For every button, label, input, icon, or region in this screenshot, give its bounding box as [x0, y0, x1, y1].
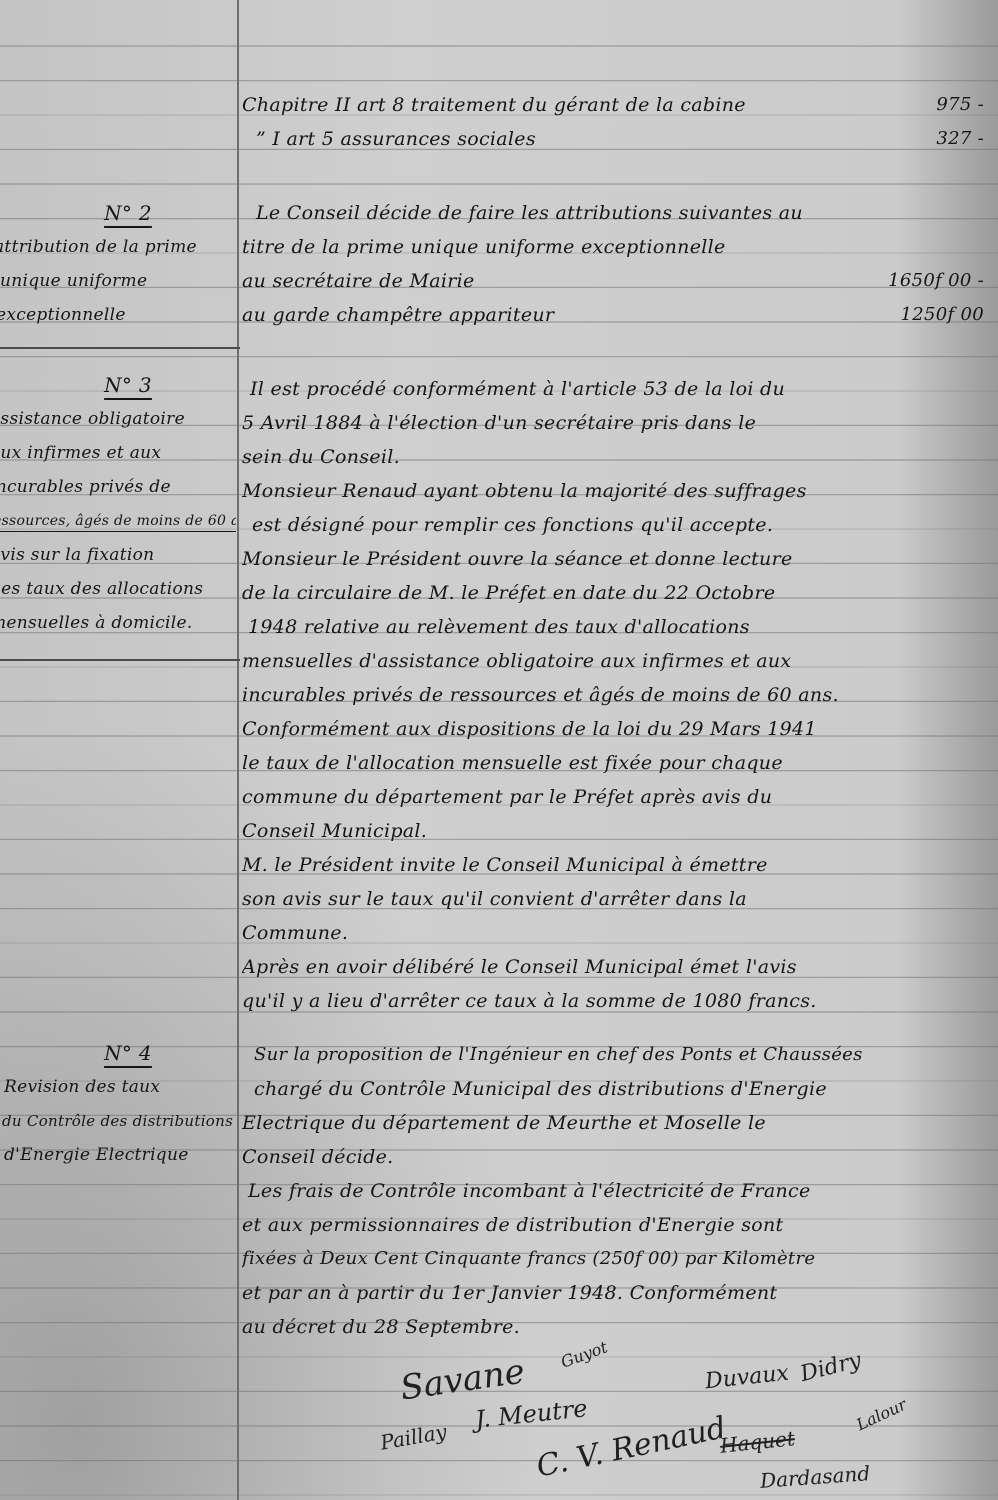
body-line: est désigné pour remplir ces fonctions q… — [242, 508, 998, 542]
signature: Savane — [398, 1351, 527, 1408]
body-line: Les frais de Contrôle incombant à l'élec… — [242, 1174, 998, 1208]
body-line: au garde champêtre appariteur 1250f 00 — [242, 298, 998, 332]
header-line-amount: 975 - — [936, 88, 984, 122]
header-line-amount: 327 - — [936, 122, 984, 156]
body-line: Conseil décide. — [242, 1140, 998, 1174]
header-line: Chapitre II art 8 traitement du gérant d… — [242, 88, 998, 122]
margin-section-4: N° 4 Revision des taux du Contrôle des d… — [0, 1036, 236, 1172]
body-line-text: au secrétaire de Mairie — [242, 264, 475, 298]
signature-block: Savane Paillay J. Meutre Guyot C. V. Ren… — [360, 1340, 960, 1500]
body-line-text: titre de la prime unique uniforme except… — [242, 230, 726, 264]
body-line-amount: 1250f 00 — [901, 298, 985, 332]
margin-title-line: aux infirmes et aux — [0, 436, 236, 470]
body-line: et par an à partir du 1er Janvier 1948. … — [242, 1276, 998, 1310]
margin-title-line: mensuelles à domicile. — [0, 606, 236, 640]
signature: Haquet — [719, 1426, 796, 1458]
margin-title-line: du Contrôle des distributions — [2, 1104, 236, 1138]
header-line-text: ” I art 5 assurances sociales — [242, 122, 536, 156]
body-line-amount: 1650f 00 - — [888, 264, 984, 298]
section-number: N° 2 — [0, 196, 236, 230]
section-2-body: Le Conseil décide de faire les attributi… — [242, 196, 998, 332]
body-line: chargé du Contrôle Municipal des distrib… — [242, 1072, 998, 1106]
body-line: Commune. — [242, 916, 998, 950]
body-line: incurables privés de ressources et âgés … — [242, 678, 998, 712]
body-line: Monsieur le Président ouvre la séance et… — [242, 542, 998, 576]
margin-section-2: N° 2 attribution de la prime unique unif… — [0, 196, 236, 332]
margin-title-line: Revision des taux — [4, 1070, 236, 1104]
body-line-text: au garde champêtre appariteur — [242, 298, 554, 332]
section-number: N° 3 — [0, 368, 236, 402]
body-line: Le Conseil décide de faire les attributi… — [242, 196, 998, 230]
margin-title-line: unique uniforme — [0, 264, 236, 298]
body-line: qu'il y a lieu d'arrêter ce taux à la so… — [242, 984, 998, 1018]
body-line: titre de la prime unique uniforme except… — [242, 230, 998, 264]
body-line: au secrétaire de Mairie 1650f 00 - — [242, 264, 998, 298]
body-line: au décret du 28 Septembre. — [242, 1310, 998, 1344]
margin-title-line: attribution de la prime — [0, 230, 236, 264]
body-line: Il est procédé conformément à l'article … — [242, 372, 998, 406]
signature: Paillay — [378, 1419, 448, 1454]
body-line: de la circulaire de M. le Préfet en date… — [242, 576, 998, 610]
body-line: sein du Conseil. — [242, 440, 998, 474]
section-divider — [0, 347, 240, 349]
body-line: son avis sur le taux qu'il convient d'ar… — [242, 882, 998, 916]
margin-rule — [237, 0, 239, 1500]
signature: J. Meutre — [474, 1394, 589, 1434]
signature: Dardasand — [759, 1461, 871, 1493]
margin-section-3: N° 3 assistance obligatoire aux infirmes… — [0, 368, 236, 640]
body-line: M. le Président invite le Conseil Munici… — [242, 848, 998, 882]
signature: Duvaux — [704, 1361, 790, 1395]
margin-title-line: incurables privés de — [0, 470, 236, 504]
margin-title-line: assistance obligatoire — [0, 402, 236, 436]
body-line: et aux permissionnaires de distribution … — [242, 1208, 998, 1242]
section-number: N° 4 — [0, 1036, 236, 1070]
signature: Lalour — [853, 1395, 909, 1435]
register-page: Chapitre II art 8 traitement du gérant d… — [0, 0, 998, 1500]
header-line: ” I art 5 assurances sociales 327 - — [242, 122, 998, 156]
header-line-text: Chapitre II art 8 traitement du gérant d… — [242, 88, 746, 122]
section-divider — [0, 659, 240, 661]
section-3-body: Il est procédé conformément à l'article … — [242, 372, 998, 1018]
margin-title-line: exceptionnelle — [0, 298, 236, 332]
body-line: Conseil Municipal. — [242, 814, 998, 848]
body-line: 5 Avril 1884 à l'élection d'un secrétair… — [242, 406, 998, 440]
body-line: fixées à Deux Cent Cinquante francs (250… — [242, 1242, 998, 1276]
body-line: Sur la proposition de l'Ingénieur en che… — [242, 1038, 998, 1072]
body-line-text: Le Conseil décide de faire les attributi… — [242, 196, 803, 230]
body-line: mensuelles d'assistance obligatoire aux … — [242, 644, 998, 678]
body-line: Monsieur Renaud ayant obtenu la majorité… — [242, 474, 998, 508]
signature: Guyot — [558, 1337, 610, 1371]
margin-title-line: d'Energie Electrique — [4, 1138, 236, 1172]
body-line: commune du département par le Préfet apr… — [242, 780, 998, 814]
margin-title-line: ressources, âgés de moins de 60 ans — [0, 504, 236, 538]
margin-title-line: avis sur la fixation — [0, 538, 236, 572]
margin-title-line: des taux des allocations — [0, 572, 236, 606]
section-4-body: Sur la proposition de l'Ingénieur en che… — [242, 1038, 998, 1344]
signature: Didry — [798, 1348, 864, 1387]
body-line: le taux de l'allocation mensuelle est fi… — [242, 746, 998, 780]
body-line: 1948 relative au relèvement des taux d'a… — [242, 610, 998, 644]
header-entries: Chapitre II art 8 traitement du gérant d… — [242, 88, 998, 156]
body-line: Electrique du département de Meurthe et … — [242, 1106, 998, 1140]
body-line: Après en avoir délibéré le Conseil Munic… — [242, 950, 998, 984]
body-line: Conformément aux dispositions de la loi … — [242, 712, 998, 746]
